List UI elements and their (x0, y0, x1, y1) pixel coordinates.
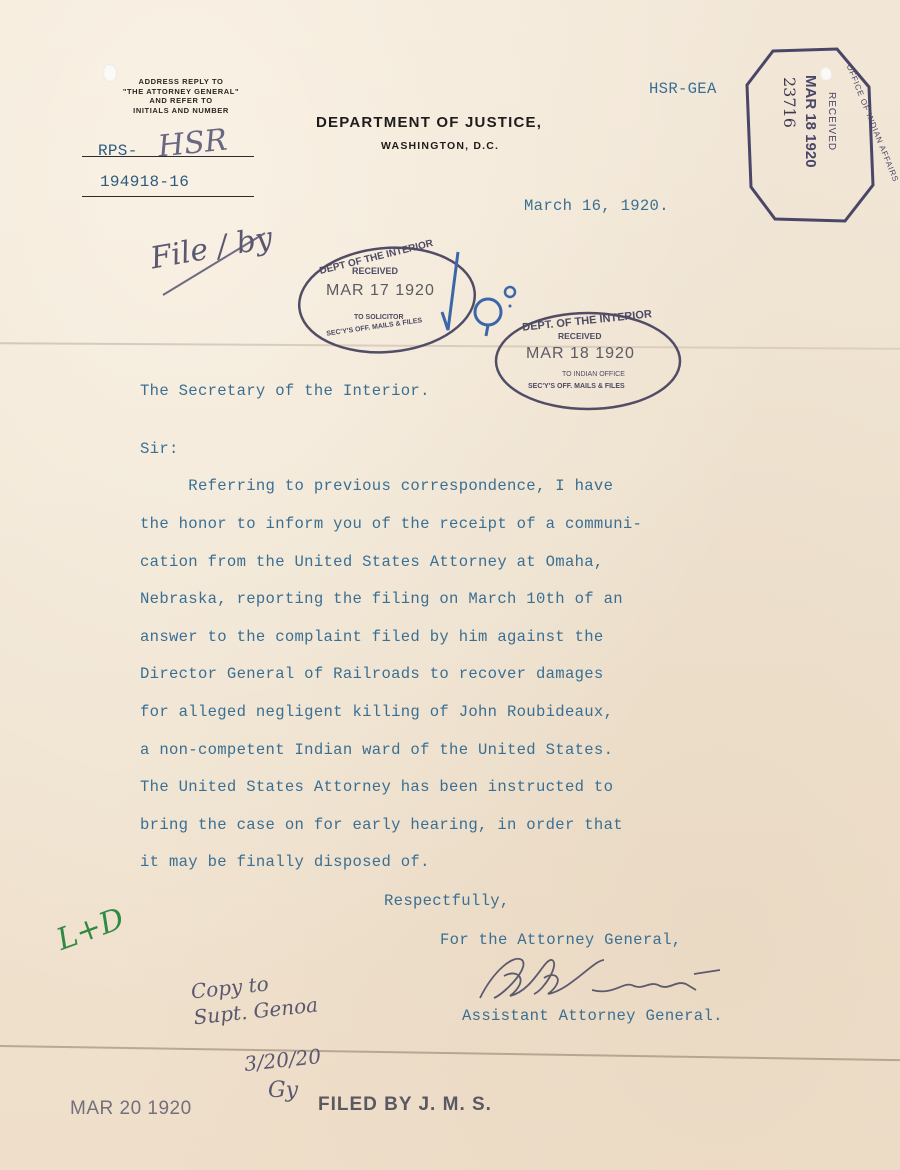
indian-affairs-date: MAR 18 1920 (802, 75, 819, 168)
indian-affairs-number: 23716 (780, 77, 799, 227)
body-line: Nebraska, reporting the filing on March … (140, 590, 623, 608)
addressee: The Secretary of the Interior. (140, 382, 430, 400)
body-line: cation from the United States Attorney a… (140, 553, 604, 571)
copy-to-note: Copy to Supt. Genoa (190, 966, 320, 1031)
indian-affairs-received-stamp: 23716 MAR 18 1920 RECEIVED OFFICE OF IND… (745, 47, 875, 225)
indian-affairs-status: RECEIVED (826, 92, 837, 151)
reply-line-2: "THE ATTORNEY GENERAL" (118, 87, 244, 97)
body-line: it may be finally disposed of. (140, 853, 430, 871)
initials-note: Gy (268, 1078, 298, 1103)
reply-line-3: AND REFER TO (118, 96, 244, 106)
handwritten-initials: HSR (156, 122, 229, 164)
file-number-underline (82, 196, 254, 197)
closing: Respectfully, (384, 892, 510, 910)
body-line: The United States Attorney has been inst… (140, 778, 613, 796)
body-line: the honor to inform you of the receipt o… (140, 515, 642, 533)
indian-affairs-heading: OFFICE OF INDIAN AFFAIRS (845, 63, 900, 184)
pencil-file-note: File / by (145, 225, 275, 315)
filed-date-stamp: MAR 20 1920 (70, 1098, 192, 1120)
on-behalf-of: For the Attorney General, (440, 931, 681, 949)
signature: R P Stewart (474, 950, 734, 1006)
reference-code: HSR-GEA (649, 80, 717, 98)
body-line: a non-competent Indian ward of the Unite… (140, 741, 613, 759)
initials-underline (82, 156, 254, 157)
initials-prefix: RPS- (98, 142, 138, 160)
body-line: Referring to previous correspondence, I … (140, 477, 613, 495)
filed-by-stamp: FILED BY J. M. S. (318, 1094, 492, 1116)
body-line: Director General of Railroads to recover… (140, 665, 604, 683)
green-initials: L+D (52, 901, 129, 958)
interior-indian-office-stamp: DEPT. OF THE INTERIOR RECEIVED MAR 18 19… (492, 309, 684, 413)
signer-title: Assistant Attorney General. (462, 1007, 723, 1025)
file-number: 194918-16 (100, 173, 189, 191)
reply-line-1: ADDRESS REPLY TO (118, 77, 244, 87)
department-title: DEPARTMENT OF JUSTICE, (316, 114, 542, 131)
body-line: answer to the complaint filed by him aga… (140, 628, 604, 646)
paper-fold-lower (0, 1045, 900, 1061)
body-line: for alleged negligent killing of John Ro… (140, 703, 613, 721)
department-location: WASHINGTON, D.C. (381, 140, 499, 152)
letter-date: March 16, 1920. (524, 197, 669, 215)
reply-instructions: ADDRESS REPLY TO "THE ATTORNEY GENERAL" … (118, 77, 244, 115)
body-line: bring the case on for early hearing, in … (140, 816, 623, 834)
reply-line-4: INITIALS AND NUMBER (118, 106, 244, 116)
punch-hole-left (103, 64, 117, 82)
salutation: Sir: (140, 440, 179, 458)
